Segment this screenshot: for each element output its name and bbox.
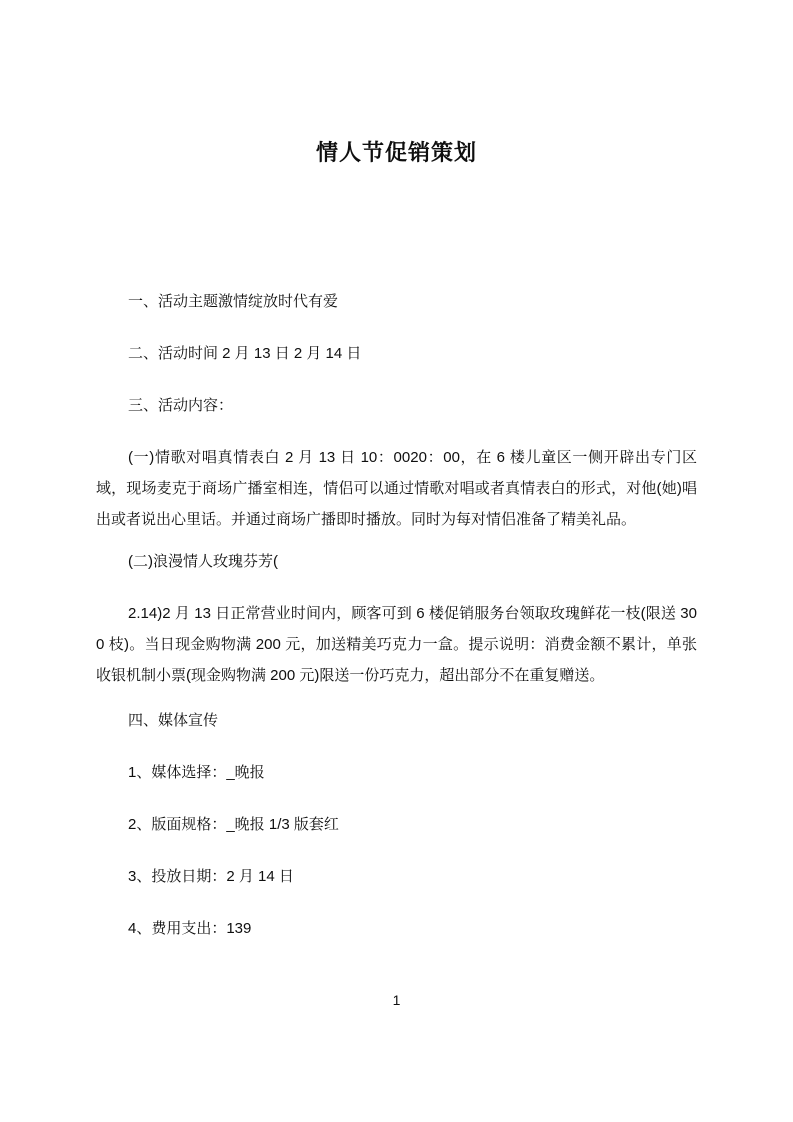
paragraph-activity-item-2-heading: (二)浪漫情人玫瑰芬芳( bbox=[96, 546, 697, 577]
paragraph-layout-spec: 2、版面规格：_晚报 1/3 版套红 bbox=[96, 809, 697, 840]
paragraph-publish-date: 3、投放日期：2 月 14 日 bbox=[96, 861, 697, 892]
document-title: 情人节促销策划 bbox=[96, 137, 697, 169]
paragraph-cost: 4、费用支出：139 bbox=[96, 913, 697, 944]
paragraph-activity-item-1: (一)情歌对唱真情表白 2 月 13 日 10：0020：00，在 6 楼儿童区… bbox=[96, 442, 697, 535]
document-page: 情人节促销策划 一、活动主题激情绽放时代有爱 二、活动时间 2 月 13 日 2… bbox=[0, 0, 793, 1122]
paragraph-media-promotion-heading: 四、媒体宣传 bbox=[96, 705, 697, 736]
paragraph-activity-theme: 一、活动主题激情绽放时代有爱 bbox=[96, 286, 697, 317]
paragraph-activity-item-2-body: 2.14)2 月 13 日正常营业时间内，顾客可到 6 楼促销服务台领取玫瑰鲜花… bbox=[96, 598, 697, 691]
page-number: 1 bbox=[96, 985, 697, 1016]
paragraph-activity-time: 二、活动时间 2 月 13 日 2 月 14 日 bbox=[96, 338, 697, 369]
paragraph-activity-content-heading: 三、活动内容： bbox=[96, 390, 697, 421]
paragraph-media-choice: 1、媒体选择：_晚报 bbox=[96, 757, 697, 788]
